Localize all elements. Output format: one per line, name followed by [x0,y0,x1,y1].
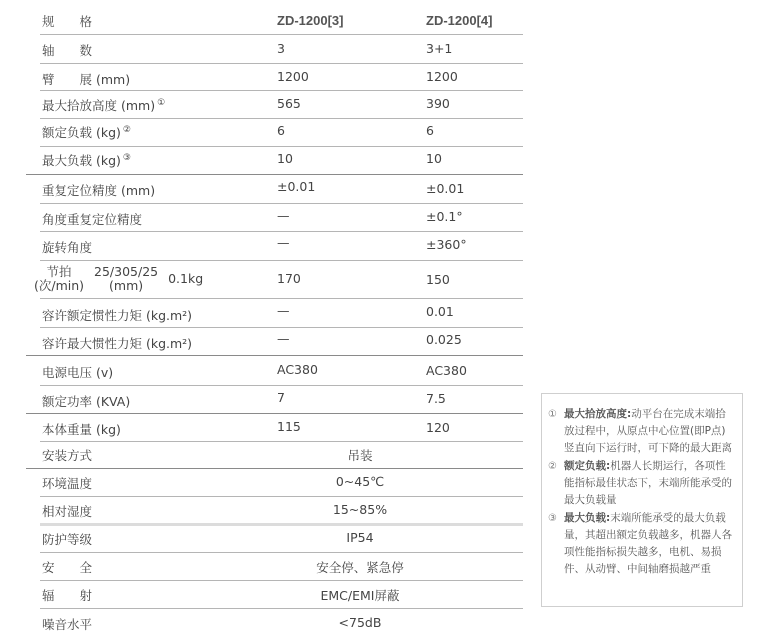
row-label: 安 全 [42,558,92,576]
table-row: 容许最大惯性力矩 (kg.m²) — 0.025 [26,328,523,356]
row-label: 旋转角度 [42,238,92,256]
tempo-label-line1: 节拍 [47,264,72,279]
table-row: 臂 展 (mm) 1200 1200 [40,64,523,91]
table-row: 安 全 安全停、紧急停 [40,553,523,581]
row-label-text: 额定负载 (kg) [42,125,121,140]
row-label: 容许额定惯性力矩 (kg.m²) [42,306,192,324]
row-label: 安装方式 [42,446,92,464]
table-row: 电源电压 (v) AC380 AC380 [40,356,523,386]
row-label: 重复定位精度 (mm) [42,181,155,199]
row-value-merged: 0~45℃ [260,474,460,489]
tempo-weight: 0.1kg [168,272,203,286]
row-value-merged: EMC/EMI屏蔽 [260,586,460,604]
row-value-col1: 6 [277,123,285,138]
row-value-col1: ±0.01 [277,179,315,194]
row-value-col1: 10 [277,151,293,166]
footnote-number-3: ③ [548,510,557,527]
row-value-col1: — [277,208,290,223]
row-value-col2: 0.025 [426,332,462,347]
row-value-merged: <75dB [260,615,460,630]
row-value-col2: 7.5 [426,391,446,406]
tempo-label-line2: (次/min) [34,278,84,293]
table-header-row: 规 格 ZD-1200[3] ZD-1200[4] [40,6,523,35]
row-value-col1: 3 [277,41,285,56]
row-value-col1: — [277,235,290,250]
row-value-col1: 170 [277,271,301,286]
row-label: 相对湿度 [42,502,92,520]
footnote-marker-2: ② [123,125,131,135]
row-value-col1: 7 [277,390,285,405]
footnote-marker-3: ③ [123,153,131,163]
row-value-merged: IP54 [260,530,460,545]
row-label: 辐 射 [42,586,92,604]
row-value-col2: 0.01 [426,304,454,319]
footnote-term-1: 最大拾放高度: [564,408,631,420]
footnote-1: ① 最大拾放高度:动平台在完成末端拾放过程中，从原点中心位置(即P点)竖直向下运… [548,406,734,457]
row-label: 环境温度 [42,474,92,492]
row-value-col1: 115 [277,419,301,434]
table-row: 角度重复定位精度 — ±0.1° [40,204,523,232]
tempo-distance: 25/305/25(mm) [94,265,158,293]
table-row: 环境温度 0~45℃ [40,469,523,497]
row-value-col2: ±0.1° [426,209,463,224]
row-value-col1: AC380 [277,362,318,377]
row-label: 臂 展 (mm) [42,70,130,88]
row-value-col2: 150 [426,272,450,287]
footnotes-box: ① 最大拾放高度:动平台在完成末端拾放过程中，从原点中心位置(即P点)竖直向下运… [541,393,743,607]
row-label: 本体重量 (kg) [42,420,121,438]
row-value-col2: 1200 [426,69,458,84]
table-row: 噪音水平 <75dB [40,609,523,639]
row-label: 额定功率 (KVA) [42,392,130,410]
table-row: 容许额定惯性力矩 (kg.m²) — 0.01 [40,299,523,328]
row-label: 噪音水平 [42,615,92,633]
row-value-col2: 120 [426,420,450,435]
row-value-col2: 3+1 [426,41,452,56]
row-label-text: 最大负载 (kg) [42,153,121,168]
row-value-merged: 15~85% [260,502,460,517]
row-value-col2: 10 [426,151,442,166]
row-value-col1: 565 [277,96,301,111]
table-row: 额定功率 (KVA) 7 7.5 [26,386,523,414]
table-row: 轴 数 3 3+1 [40,35,523,64]
row-value-col2: AC380 [426,363,467,378]
row-label: 最大负载 (kg)③ [42,151,131,169]
table-row: 节拍(次/min) 25/305/25(mm) 0.1kg 170 150 [40,261,523,299]
footnote-term-2: 额定负载: [564,460,610,472]
tempo-label: 节拍(次/min) 25/305/25(mm) 0.1kg [34,265,203,293]
table-row: 本体重量 (kg) 115 120 [40,414,523,442]
row-value-col2: 6 [426,123,434,138]
table-row: 额定负载 (kg)② 6 6 [40,119,523,147]
table-row: 相对湿度 15~85% [40,497,523,526]
footnote-marker-1: ① [157,98,165,108]
row-value-col1: — [277,303,290,318]
footnote-term-3: 最大负载: [564,512,610,524]
row-value-merged: 安全停、紧急停 [260,558,460,576]
row-label: 额定负载 (kg)② [42,123,131,141]
row-value-col2: 390 [426,96,450,111]
header-spec-label: 规 格 [42,12,92,30]
table-row: 最大负载 (kg)③ 10 10 [26,147,523,175]
table-row: 防护等级 IP54 [40,526,523,553]
row-label: 电源电压 (v) [42,363,113,381]
tempo-distance-line2: (mm) [109,278,143,293]
table-row: 最大拾放高度 (mm)① 565 390 [40,91,523,119]
row-label: 容许最大惯性力矩 (kg.m²) [42,334,192,352]
row-value-col2: ±360° [426,237,467,252]
tempo-distance-line1: 25/305/25 [94,264,158,279]
tempo-label-unit: 节拍(次/min) [34,265,84,293]
footnote-number-2: ② [548,458,557,475]
table-row: 安装方式 吊装 [26,442,523,469]
footnote-number-1: ① [548,406,557,423]
row-label: 角度重复定位精度 [42,210,142,228]
row-value-col2: ±0.01 [426,181,464,196]
footnote-2: ② 额定负载:机器人长期运行，各项性能指标最佳状态下，末端所能承受的最大负载量 [548,458,734,509]
header-model-4: ZD-1200[4] [426,13,492,28]
header-model-3: ZD-1200[3] [277,13,343,28]
row-label: 轴 数 [42,41,92,59]
row-value-col1: — [277,331,290,346]
row-label: 防护等级 [42,530,92,548]
table-row: 重复定位精度 (mm) ±0.01 ±0.01 [40,175,523,204]
row-value-col1: 1200 [277,69,309,84]
table-row: 旋转角度 — ±360° [40,232,523,261]
table-row: 辐 射 EMC/EMI屏蔽 [40,581,523,609]
row-label: 最大拾放高度 (mm)① [42,96,165,114]
row-value-merged: 吊装 [260,446,460,464]
footnote-3: ③ 最大负载:末端所能承受的最大负载量，其超出额定负载越多，机器人各项性能指标损… [548,510,734,578]
row-label-text: 最大拾放高度 (mm) [42,98,155,113]
